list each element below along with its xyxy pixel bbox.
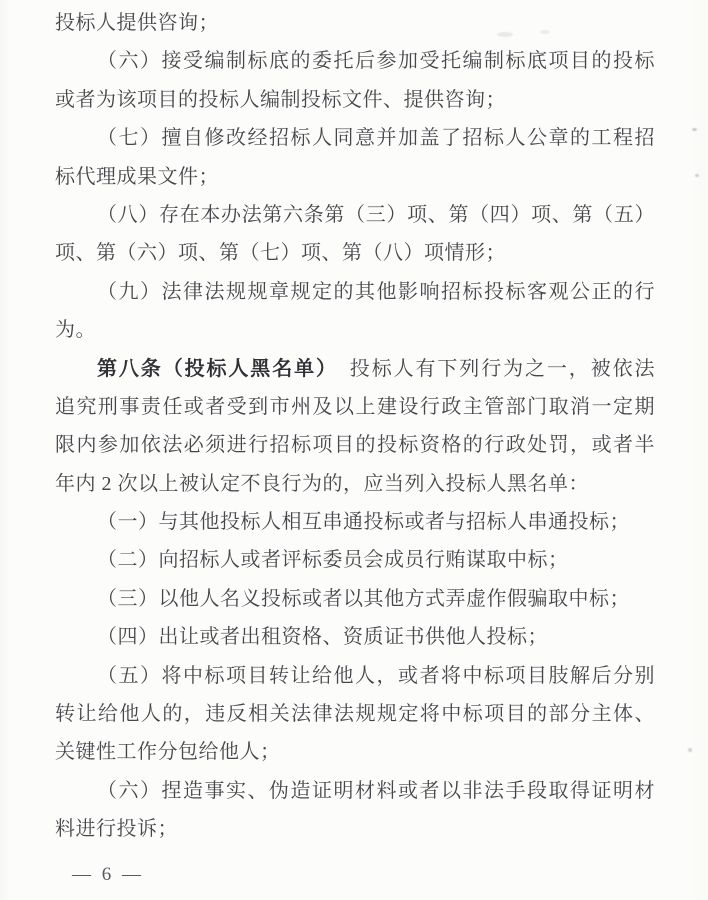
scan-artifact (688, 748, 692, 752)
scanned-document-page: 投标人提供咨询；（六）接受编制标底的委托后参加受托编制标底项目的投标或者为该项目… (0, 0, 708, 900)
text-run: 或者为该项目的投标人编制投标文件、提供咨询； (55, 89, 506, 111)
text-run: 转让给他人的，违反相关法律法规规定将中标项目的部分主体、 (55, 703, 655, 725)
text-line: （四）出让或者出租资格、资质证书供他人投标； (55, 618, 655, 656)
text-line: 限内参加依法必须进行招标项目的投标资格的行政处罚，或者半 (55, 426, 655, 464)
page-number: — 6 — (72, 864, 144, 886)
text-line: （七）擅自修改经招标人同意并加盖了招标人公章的工程招 (55, 119, 655, 157)
scan-artifact (540, 30, 550, 34)
scan-artifact (695, 174, 699, 177)
text-run: 投标人有下列行为之一，被依法 (328, 358, 655, 380)
text-line: 为。 (55, 311, 655, 349)
text-run: （六）接受编制标底的委托后参加受托编制标底项目的投标 (97, 50, 655, 72)
text-line: （六）捏造事实、伪造证明材料或者以非法手段取得证明材 (55, 772, 655, 810)
text-run: （五）将中标项目转让给他人，或者将中标项目肢解后分别 (97, 665, 655, 687)
text-run: 为。 (55, 319, 96, 341)
text-line: （六）接受编制标底的委托后参加受托编制标底项目的投标 (55, 42, 655, 80)
text-run: （三）以他人名义投标或者以其他方式弄虚作假骗取中标； (97, 588, 630, 610)
text-run: （二）向招标人或者评标委员会成员行贿谋取中标； (97, 549, 569, 571)
text-run: 年内 2 次以上被认定不良行为的，应当列入投标人黑名单： (55, 473, 589, 495)
text-line: 项、第（六）项、第（七）项、第（八）项情形； (55, 234, 655, 272)
text-line: （五）将中标项目转让给他人，或者将中标项目肢解后分别 (55, 657, 655, 695)
text-line: 或者为该项目的投标人编制投标文件、提供咨询； (55, 81, 655, 119)
text-line: 年内 2 次以上被认定不良行为的，应当列入投标人黑名单： (55, 465, 655, 503)
document-text: 投标人提供咨询；（六）接受编制标底的委托后参加受托编制标底项目的投标或者为该项目… (55, 4, 655, 849)
text-run: 投标人提供咨询； (55, 12, 219, 34)
text-line: （一）与其他投标人相互串通投标或者与招标人串通投标； (55, 503, 655, 541)
text-run: （四）出让或者出租资格、资质证书供他人投标； (97, 626, 548, 648)
text-run: 限内参加依法必须进行招标项目的投标资格的行政处罚，或者半 (55, 434, 655, 456)
text-line: （九）法律法规规章规定的其他影响招标投标客观公正的行 (55, 273, 655, 311)
text-line: 投标人提供咨询； (55, 4, 655, 42)
text-line: （八）存在本办法第六条第（三）项、第（四）项、第（五） (55, 196, 655, 234)
text-line: 转让给他人的，违反相关法律法规规定将中标项目的部分主体、 (55, 695, 655, 733)
text-run: 关键性工作分包给他人； (55, 741, 281, 763)
text-run: 项、第（六）项、第（七）项、第（八）项情形； (55, 242, 506, 264)
text-line: （三）以他人名义投标或者以其他方式弄虚作假骗取中标； (55, 580, 655, 618)
article-heading: 第八条（投标人黑名单） (97, 358, 328, 380)
text-run: （六）捏造事实、伪造证明材料或者以非法手段取得证明材 (97, 780, 655, 802)
text-line: （二）向招标人或者评标委员会成员行贿谋取中标； (55, 541, 655, 579)
scan-artifact (692, 128, 697, 131)
text-run: 追究刑事责任或者受到市州及以上建设行政主管部门取消一定期 (55, 396, 655, 418)
scan-artifact (497, 32, 513, 37)
text-line: 料进行投诉； (55, 810, 655, 848)
text-line: 标代理成果文件； (55, 158, 655, 196)
text-line: 第八条（投标人黑名单） 投标人有下列行为之一，被依法 (55, 350, 655, 388)
text-run: （九）法律法规规章规定的其他影响招标投标客观公正的行 (97, 281, 655, 303)
text-run: 料进行投诉； (55, 818, 178, 840)
text-run: （八）存在本办法第六条第（三）项、第（四）项、第（五） (97, 204, 655, 226)
text-run: 标代理成果文件； (55, 166, 219, 188)
text-line: 追究刑事责任或者受到市州及以上建设行政主管部门取消一定期 (55, 388, 655, 426)
text-line: 关键性工作分包给他人； (55, 733, 655, 771)
text-run: （七）擅自修改经招标人同意并加盖了招标人公章的工程招 (97, 127, 655, 149)
text-run: （一）与其他投标人相互串通投标或者与招标人串通投标； (97, 511, 630, 533)
